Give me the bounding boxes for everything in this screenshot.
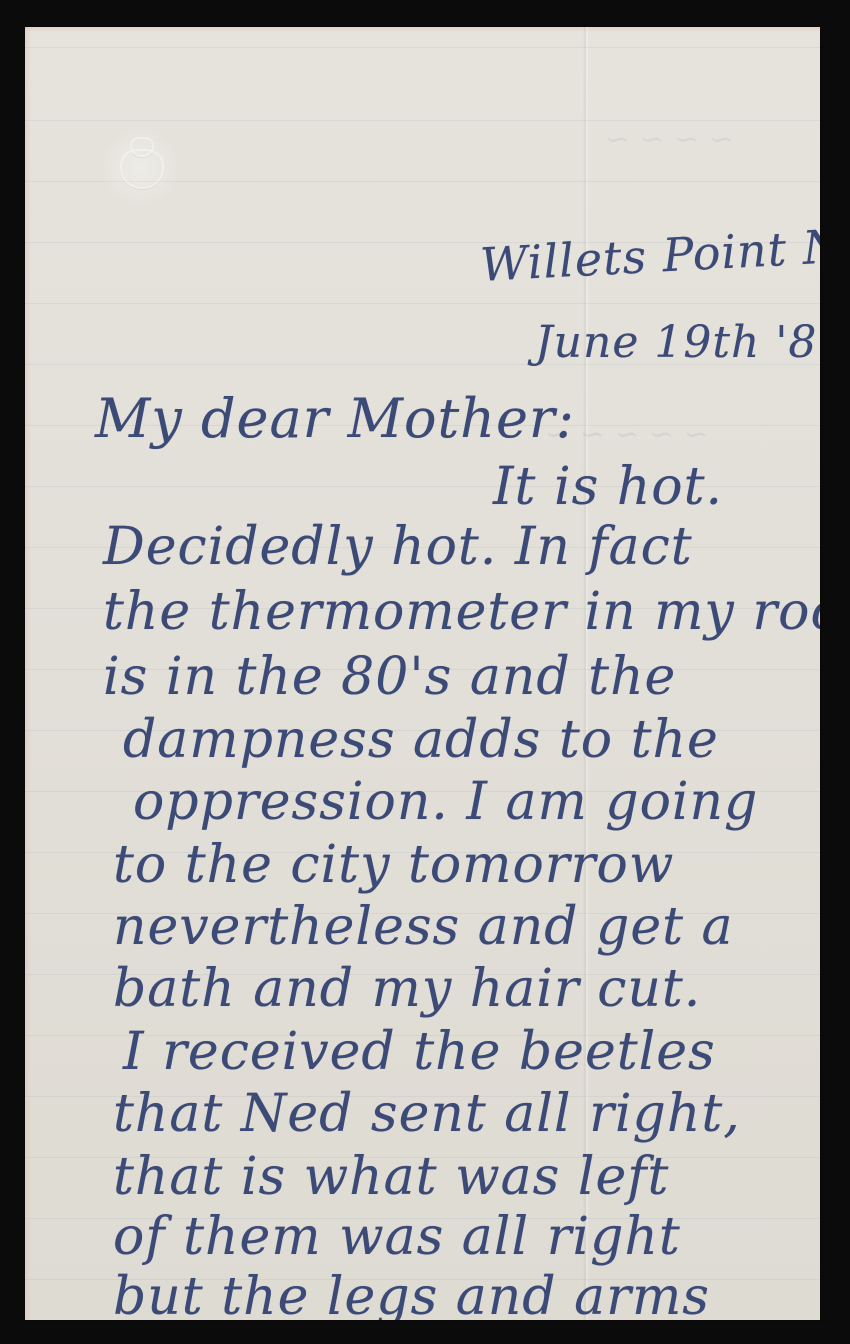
embossed-crest-icon bbox=[100, 127, 180, 207]
letter-salutation: My dear Mother: bbox=[95, 387, 575, 450]
scan-background: ~ ~ ~ ~ ~ ~ ~ ~ ~ Willets Point N.Y. Jun… bbox=[0, 0, 850, 1344]
letter-line: nevertheless and get a bbox=[113, 897, 734, 957]
letter-line: that is what was left bbox=[113, 1147, 669, 1207]
letter-heading-date: June 19th '81 bbox=[535, 317, 820, 368]
letter-line: is in the 80's and the bbox=[103, 647, 676, 707]
letter-line: that Ned sent all right, bbox=[113, 1084, 741, 1144]
letter-line: the thermometer in my room bbox=[103, 582, 820, 642]
bleed-through-text: ~ ~ ~ ~ bbox=[605, 122, 734, 157]
letter-line: bath and my hair cut. bbox=[113, 959, 701, 1019]
letter-line: I received the beetles bbox=[123, 1022, 716, 1082]
letter-page: ~ ~ ~ ~ ~ ~ ~ ~ ~ Willets Point N.Y. Jun… bbox=[25, 27, 820, 1320]
letter-line: oppression. I am going bbox=[133, 772, 758, 832]
letter-line: Decidedly hot. In fact bbox=[103, 517, 693, 577]
letter-line: but the legs and arms bbox=[113, 1267, 710, 1320]
letter-line: It is hot. bbox=[493, 457, 723, 517]
letter-line: of them was all right bbox=[113, 1207, 681, 1267]
letter-line: dampness adds to the bbox=[123, 710, 719, 770]
letter-line: to the city tomorrow bbox=[113, 835, 674, 895]
